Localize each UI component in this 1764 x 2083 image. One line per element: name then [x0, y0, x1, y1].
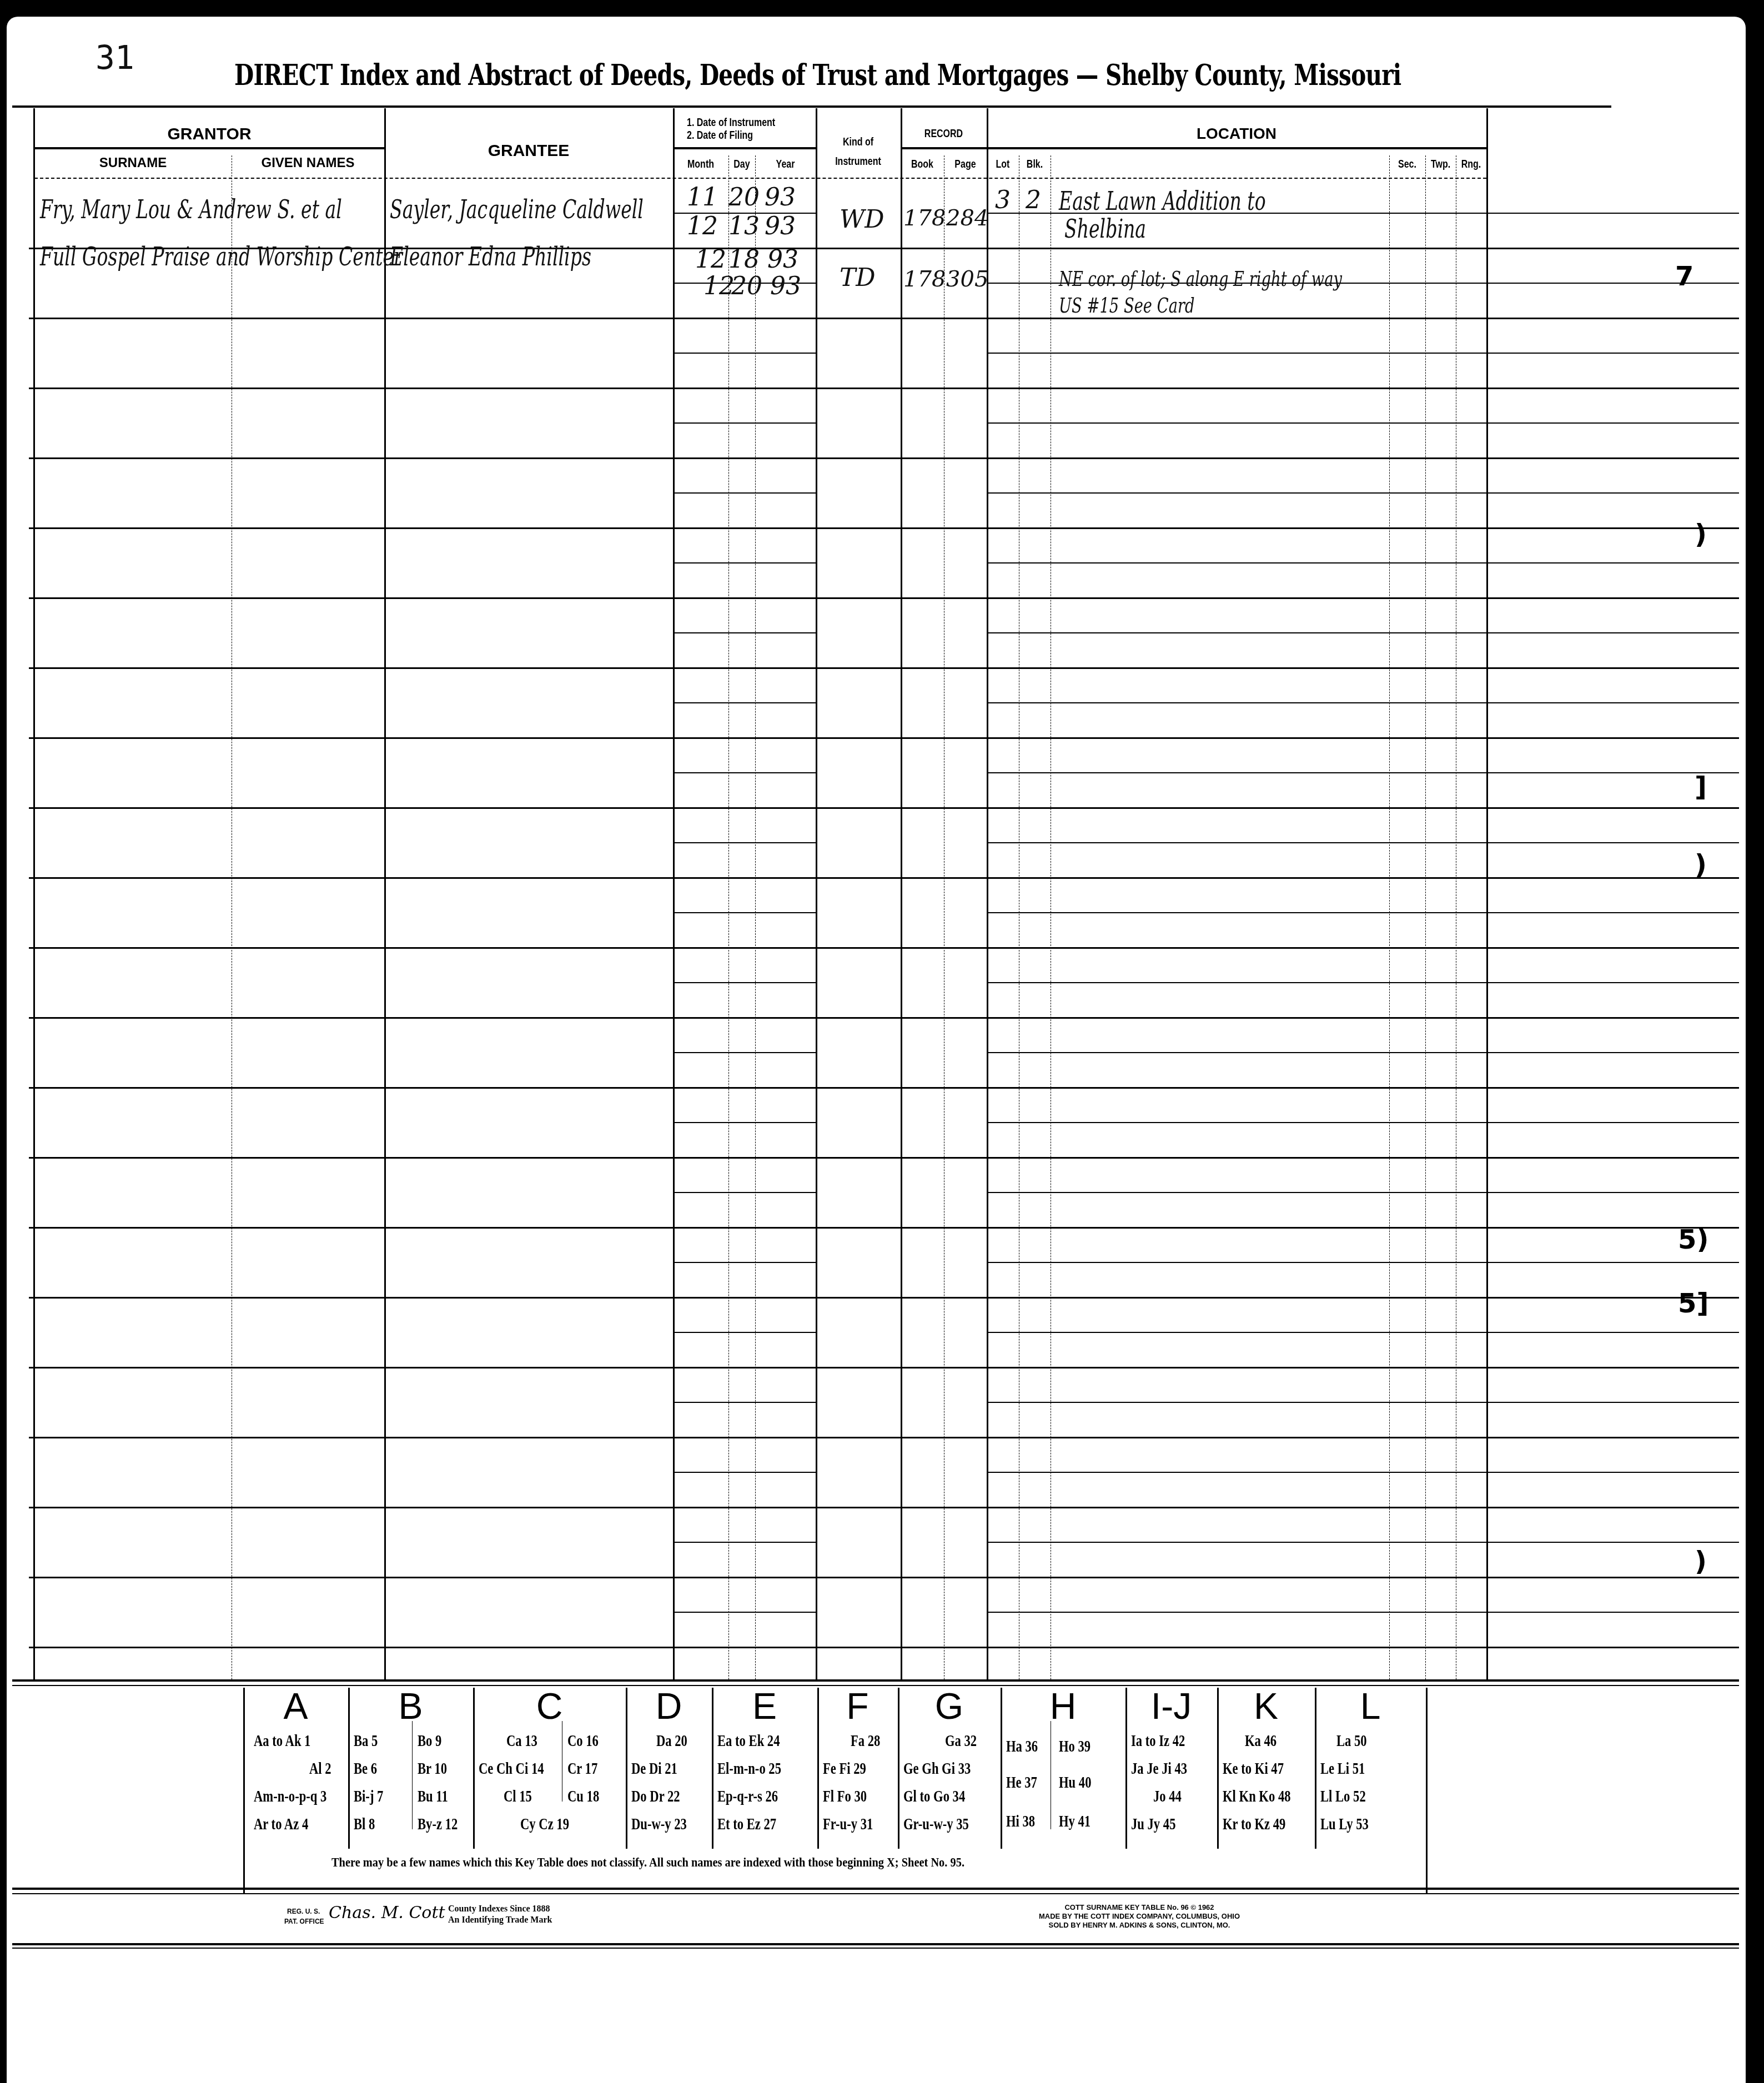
- sub-row-rule: [988, 1122, 1486, 1123]
- col-line-grantee: [673, 108, 675, 1681]
- key-item: Fr-u-y 31: [823, 1815, 873, 1834]
- key-item: Kl Kn Ko 48: [1223, 1788, 1291, 1806]
- key-item: Bu 11: [418, 1788, 448, 1806]
- key-item: Hu 40: [1059, 1774, 1091, 1792]
- row-rule: [29, 527, 1739, 529]
- sub-row-rule: [988, 1402, 1486, 1403]
- lot-header: Lot: [990, 158, 1016, 171]
- row-rule: [29, 1017, 1739, 1019]
- sub-row-rule: [675, 1402, 816, 1403]
- row-rule: [29, 1087, 1739, 1089]
- margin-mark-1: 7: [1675, 261, 1693, 292]
- sub-row-rule: [675, 912, 816, 913]
- sub-row-rule: [1486, 1192, 1739, 1193]
- surname-header: SURNAME: [34, 155, 232, 171]
- reg-line-1: REG. U. S.: [287, 1908, 320, 1915]
- sub-row-rule: [988, 1192, 1486, 1193]
- key-item: Ll Lo 52: [1320, 1788, 1366, 1806]
- row-rule: [29, 1157, 1739, 1159]
- margin-mark-7: ): [1695, 1546, 1707, 1577]
- key-item: He 37: [1006, 1774, 1037, 1792]
- entry-2-inst-month: 12: [695, 245, 726, 274]
- key-item: Ke to Ki 47: [1223, 1760, 1284, 1778]
- key-letter-a: A: [243, 1685, 348, 1727]
- sub-row-rule: [675, 842, 816, 843]
- key-item: Ep-q-r-s 26: [717, 1788, 778, 1806]
- key-item: Cr 17: [567, 1760, 597, 1778]
- margin-mark-4: ): [1695, 849, 1707, 881]
- sub-row-rule: [988, 562, 1486, 563]
- publisher-line-2: MADE BY THE COTT INDEX COMPANY, COLUMBUS…: [995, 1912, 1284, 1920]
- row-rule: [29, 388, 1739, 389]
- row-rule: [29, 737, 1739, 739]
- sub-row-rule: [1486, 422, 1739, 424]
- sub-row-rule: [988, 422, 1486, 424]
- key-item: Al 2: [309, 1760, 331, 1778]
- sub-row-rule: [1486, 1262, 1739, 1263]
- col-line-left: [33, 108, 35, 1681]
- day-header: Day: [731, 158, 752, 171]
- col-line-sec: [1425, 155, 1426, 1679]
- row-rule: [29, 877, 1739, 879]
- col-line-desc: [1389, 155, 1390, 1679]
- row-rule: [29, 667, 1739, 669]
- col-line-location: [1486, 108, 1488, 1681]
- sub-row-rule: [675, 492, 816, 494]
- sub-row-rule: [988, 912, 1486, 913]
- sub-row-rule: [675, 562, 816, 563]
- key-item: Ja Je Ji 43: [1131, 1760, 1187, 1778]
- sub-row-rule: [675, 1332, 816, 1333]
- sub-row-rule: [675, 1122, 816, 1123]
- key-subdiv-h: [1051, 1721, 1051, 1829]
- row-rule: [29, 457, 1739, 459]
- col-line-grantor: [384, 108, 386, 1681]
- sub-row-rule: [675, 632, 816, 633]
- footer-rule-top: [12, 1888, 1739, 1890]
- key-item: Hi 38: [1006, 1813, 1035, 1831]
- record-header-rule: [902, 147, 987, 149]
- sub-row-rule: [988, 842, 1486, 843]
- footer-rule-top-2: [12, 1893, 1739, 1894]
- location-header-rule: [988, 147, 1486, 149]
- kind-header-1: Kind of: [824, 136, 892, 149]
- twp-header: Twp.: [1429, 158, 1453, 171]
- entry-1-grantee: Sayler, Jacqueline Caldwell: [390, 194, 644, 224]
- key-item: Cu 18: [567, 1788, 599, 1806]
- row-rule: [29, 1367, 1739, 1368]
- key-item: Ge Gh Gi 33: [903, 1760, 971, 1778]
- key-item: Bl 8: [354, 1815, 375, 1834]
- sub-row-rule: [675, 422, 816, 424]
- sub-row-rule: [1486, 562, 1739, 563]
- sub-row-rule: [1486, 213, 1739, 214]
- entry-1-inst-day: 20: [728, 183, 760, 212]
- location-header: LOCATION: [987, 125, 1486, 143]
- sub-row-rule: [675, 1542, 816, 1543]
- sub-row-rule: [1486, 842, 1739, 843]
- margin-mark-3: ]: [1695, 772, 1707, 803]
- date-filing-header: 2. Date of Filing: [687, 129, 776, 142]
- sub-row-rule: [675, 982, 816, 983]
- sub-row-rule: [988, 1332, 1486, 1333]
- col-line-month: [728, 155, 729, 1679]
- col-line-lot: [1019, 155, 1019, 1679]
- key-item: Jo 44: [1153, 1788, 1182, 1806]
- entry-2-location-2: US #15 See Card: [1059, 293, 1195, 318]
- key-item: Ca 13: [506, 1732, 537, 1750]
- key-letter-b: B: [348, 1685, 473, 1727]
- key-letter-f: F: [817, 1685, 898, 1727]
- sub-row-rule: [1486, 1612, 1739, 1613]
- entry-1-location-1: East Lawn Addition to: [1059, 186, 1266, 216]
- key-item: Du-w-y 23: [631, 1815, 687, 1834]
- entry-2-file-month: 12: [703, 272, 735, 300]
- kind-header-2: Instrument: [824, 155, 892, 168]
- key-item: Ar to Az 4: [254, 1815, 308, 1834]
- key-item: Do Dr 22: [631, 1788, 680, 1806]
- key-item: Da 20: [656, 1732, 687, 1750]
- key-letter-e: E: [712, 1685, 817, 1727]
- key-item: Co 16: [567, 1732, 599, 1750]
- grantee-header: GRANTEE: [384, 142, 673, 160]
- key-item: Br 10: [418, 1760, 447, 1778]
- key-item: Bi-j 7: [354, 1788, 383, 1806]
- book-header: Book: [905, 158, 939, 171]
- entry-2-location-1: NE cor. of lot; S along E right of way: [1059, 266, 1342, 291]
- key-letter-g: G: [898, 1685, 1001, 1727]
- record-header: RECORD: [909, 128, 978, 140]
- key-letter-k: K: [1217, 1685, 1315, 1727]
- entry-1-lot: 3: [995, 186, 1011, 214]
- sub-row-rule: [988, 702, 1486, 703]
- month-header: Month: [679, 158, 723, 171]
- entry-1-inst-month: 11: [687, 183, 718, 212]
- col-line-blk: [1051, 155, 1051, 1679]
- entry-2-file-year: 93: [770, 272, 801, 300]
- trademark-line-1: County Indexes Since 1888: [448, 1904, 550, 1914]
- sub-row-rule: [675, 353, 816, 354]
- sub-row-rule: [988, 982, 1486, 983]
- key-item: Ju Jy 45: [1131, 1815, 1175, 1834]
- margin-mark-5: 5): [1678, 1224, 1708, 1255]
- key-item: Cy Cz 19: [520, 1815, 569, 1834]
- table-top-rule: [12, 105, 1611, 108]
- sub-row-rule: [988, 632, 1486, 633]
- key-item: Be 6: [354, 1760, 377, 1778]
- entry-1-location-2: Shelbina: [1064, 214, 1146, 244]
- key-subdiv-c: [562, 1721, 562, 1802]
- sub-row-rule: [1486, 982, 1739, 983]
- reg-line-2: PAT. OFFICE: [284, 1918, 324, 1925]
- key-letter-l: L: [1315, 1685, 1426, 1727]
- rng-header: Rng.: [1459, 158, 1484, 171]
- sub-row-rule: [988, 1472, 1486, 1473]
- key-item: Ce Ch Ci 14: [479, 1760, 544, 1778]
- key-item: Gl to Go 34: [903, 1788, 965, 1806]
- key-item: Ia to Iz 42: [1131, 1732, 1185, 1750]
- key-letter-ij: I-J: [1125, 1685, 1217, 1727]
- sub-row-rule: [1486, 1472, 1739, 1473]
- page-header: Page: [948, 158, 983, 171]
- sub-row-rule: [1486, 632, 1739, 633]
- row-rule: [29, 947, 1739, 949]
- index-page: 31 DIRECT Index and Abstract of Deeds, D…: [7, 17, 1746, 2083]
- entry-1-file-month: 12: [687, 212, 718, 240]
- table-bottom-rule: [12, 1679, 1739, 1682]
- key-letter-d: D: [626, 1685, 712, 1727]
- page-number: 31: [96, 39, 134, 77]
- sub-row-rule: [1486, 1052, 1739, 1053]
- key-subdiv-b: [412, 1721, 413, 1829]
- entry-1-file-day: 13: [728, 212, 760, 240]
- row-rule: [29, 1577, 1739, 1578]
- col-line-dates: [816, 108, 817, 1681]
- grantor-header: GRANTOR: [34, 125, 384, 144]
- entry-1-blk: 2: [1026, 186, 1041, 214]
- col-line-record: [987, 108, 988, 1681]
- col-line-day: [755, 155, 756, 1679]
- sub-row-rule: [1486, 1542, 1739, 1543]
- given-names-header: GIVEN NAMES: [232, 155, 384, 171]
- key-item: De Di 21: [631, 1760, 677, 1778]
- entry-1-inst-year: 93: [765, 183, 796, 212]
- entry-2-grantee: Eleanor Edna Phillips: [390, 241, 591, 271]
- sec-header: Sec.: [1393, 158, 1422, 171]
- key-item: Bo 9: [418, 1732, 441, 1750]
- date-instrument-header: 1. Date of Instrument: [687, 117, 776, 129]
- sub-row-rule: [1486, 912, 1739, 913]
- col-line-surname: [232, 155, 232, 1679]
- row-rule: [29, 1297, 1739, 1299]
- footer-rule-bottom-2: [12, 1948, 1739, 1949]
- key-item: Aa to Ak 1: [254, 1732, 310, 1750]
- key-item: Lu Ly 53: [1320, 1815, 1369, 1834]
- row-rule: [29, 318, 1739, 319]
- dates-header-rule: [675, 147, 816, 149]
- col-line-twp: [1456, 155, 1456, 1679]
- key-border-right: [1426, 1688, 1428, 1893]
- key-item: Ba 5: [354, 1732, 378, 1750]
- sub-row-rule: [1486, 1332, 1739, 1333]
- sub-row-rule: [988, 1612, 1486, 1613]
- publisher-line-1: COTT SURNAME KEY TABLE No. 96 © 1962: [995, 1903, 1284, 1911]
- key-letter-c: C: [473, 1685, 626, 1727]
- key-table-note: There may be a few names which this Key …: [331, 1855, 964, 1870]
- sub-row-rule: [675, 1262, 816, 1263]
- row-rule: [29, 807, 1739, 809]
- sub-row-rule: [675, 702, 816, 703]
- sub-row-rule: [675, 772, 816, 773]
- sub-row-rule: [675, 1612, 816, 1613]
- entry-1-page: 284: [946, 205, 988, 231]
- entry-1-book: 178: [903, 205, 946, 231]
- entry-1-file-year: 93: [765, 212, 796, 240]
- key-item: Hy 41: [1059, 1813, 1090, 1831]
- sub-row-rule: [1486, 353, 1739, 354]
- sub-row-rule: [1486, 702, 1739, 703]
- entry-2-inst-day: 18: [728, 245, 760, 274]
- sub-row-rule: [988, 1262, 1486, 1263]
- key-item: Kr to Kz 49: [1223, 1815, 1285, 1834]
- key-letter-h: H: [1001, 1685, 1125, 1727]
- trademark-line-2: An Identifying Trade Mark: [448, 1915, 552, 1925]
- row-rule: [29, 1227, 1739, 1229]
- entry-2-kind: TD: [840, 264, 876, 292]
- sub-row-rule: [988, 1052, 1486, 1053]
- key-item: Am-n-o-p-q 3: [254, 1788, 326, 1806]
- key-item: La 50: [1336, 1732, 1367, 1750]
- sub-row-rule: [988, 1542, 1486, 1543]
- key-item: El-m-n-o 25: [717, 1760, 781, 1778]
- sub-row-rule: [988, 772, 1486, 773]
- key-item: Ka 46: [1245, 1732, 1276, 1750]
- key-item: Gr-u-w-y 35: [903, 1815, 969, 1834]
- sub-row-rule: [1486, 1122, 1739, 1123]
- sub-row-rule: [675, 1192, 816, 1193]
- page-title: DIRECT Index and Abstract of Deeds, Deed…: [234, 58, 1401, 92]
- cott-signature-logo: Chas. M. Cott: [329, 1903, 445, 1923]
- margin-mark-2: ): [1695, 519, 1707, 550]
- year-header: Year: [761, 158, 810, 171]
- key-item: By-z 12: [418, 1815, 458, 1834]
- key-item: Fa 28: [851, 1732, 880, 1750]
- grantor-header-rule: [34, 147, 384, 149]
- margin-mark-6: 5]: [1678, 1288, 1708, 1319]
- key-item: Et to Ez 27: [717, 1815, 776, 1834]
- entry-1-grantor: Fry, Mary Lou & Andrew S. et al: [40, 194, 342, 224]
- sub-row-rule: [1486, 1402, 1739, 1403]
- key-item: Fe Fi 29: [823, 1760, 866, 1778]
- blk-header: Blk.: [1022, 158, 1048, 171]
- sub-row-rule: [988, 353, 1486, 354]
- sub-row-rule: [988, 492, 1486, 494]
- sub-row-rule: [675, 1472, 816, 1473]
- key-item: Ho 39: [1059, 1738, 1090, 1756]
- key-item: Le Li 51: [1320, 1760, 1365, 1778]
- key-item: Ga 32: [945, 1732, 977, 1750]
- entry-1-kind: WD: [840, 205, 884, 234]
- entry-2-grantor: Full Gospel Praise and Worship Center: [40, 241, 403, 271]
- key-item: Fl Fo 30: [823, 1788, 867, 1806]
- sub-row-rule: [675, 1052, 816, 1053]
- row-rule: [29, 1647, 1739, 1648]
- row-rule: [29, 597, 1739, 599]
- col-line-kind: [901, 108, 902, 1681]
- entry-2-inst-year: 93: [767, 245, 798, 274]
- header-bottom-dash: [34, 178, 1486, 179]
- row-rule: [29, 1437, 1739, 1438]
- row-rule: [29, 1507, 1739, 1508]
- key-item: Ha 36: [1006, 1738, 1038, 1756]
- entry-2-file-day: 20: [731, 272, 762, 300]
- publisher-line-3: SOLD BY HENRY M. ADKINS & SONS, CLINTON,…: [995, 1921, 1284, 1929]
- sub-row-rule: [1486, 283, 1739, 284]
- entry-2-book: 178: [903, 266, 946, 292]
- entry-2-page: 305: [946, 266, 988, 292]
- footer-rule-bottom: [12, 1943, 1739, 1945]
- col-line-book: [944, 155, 944, 1679]
- key-item: Cl 15: [504, 1788, 532, 1806]
- sub-row-rule: [1486, 492, 1739, 494]
- key-item: Ea to Ek 24: [717, 1732, 780, 1750]
